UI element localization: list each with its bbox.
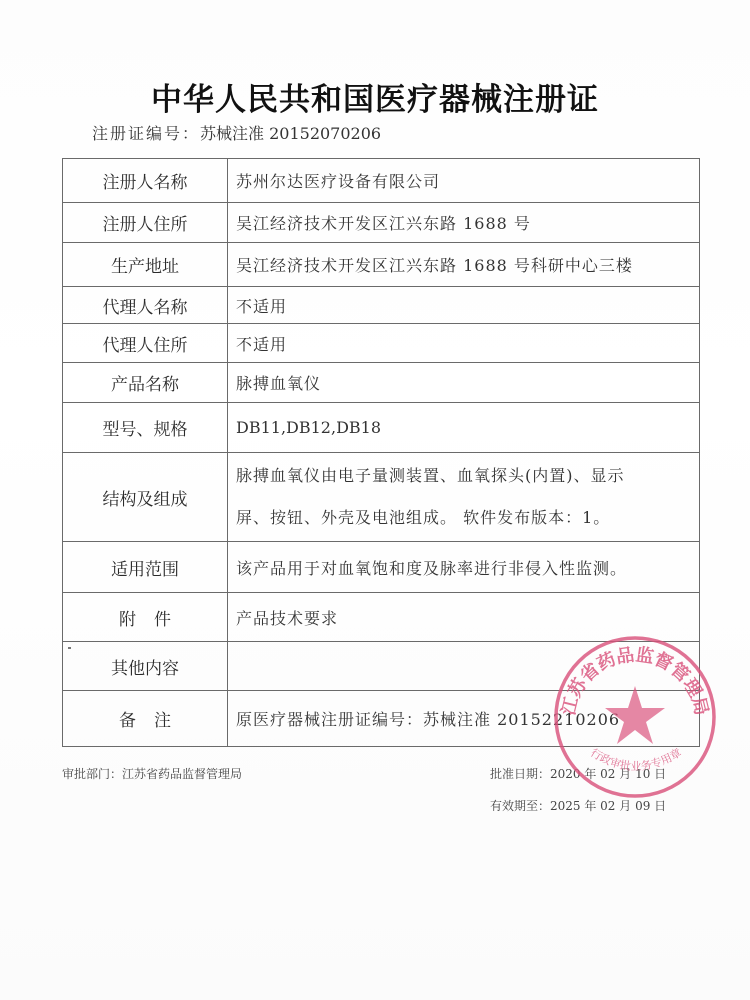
table-row: 注册人名称 苏州尔达医疗设备有限公司 <box>63 159 700 203</box>
row-value: 原医疗器械注册证编号：苏械注准 20152210206 <box>228 691 700 747</box>
row-label: 注册人住所 <box>63 203 228 243</box>
row-label: 产品名称 <box>63 363 228 403</box>
row-value: 产品技术要求 <box>228 593 700 642</box>
valid-until: 有效期至：2025 年 02 月 09 日 <box>490 797 666 814</box>
row-label-text: 附件 <box>101 610 189 630</box>
table-row: 型号、规格 DB11,DB12,DB18 <box>63 403 700 453</box>
table-row: 代理人住所 不适用 <box>63 324 700 363</box>
registration-number-value: 苏械注准 20152070206 <box>200 124 381 143</box>
row-value: 脉搏血氧仪 <box>228 363 700 403</box>
row-value: DB11,DB12,DB18 <box>228 403 700 453</box>
row-label: 附件 <box>63 593 228 642</box>
row-value: 苏州尔达医疗设备有限公司 <box>228 159 700 203</box>
row-label: 生产地址 <box>63 243 228 287</box>
row-label: 适用范围 <box>63 542 228 593</box>
row-value-line-1: 脉搏血氧仪由电子量测装置、血氧探头(内置)、显示 <box>236 455 699 497</box>
document-title: 中华人民共和国医疗器械注册证 <box>0 74 750 119</box>
row-label: 代理人名称 <box>63 287 228 324</box>
row-label: 注册人名称 <box>63 159 228 203</box>
approval-department: 审批部门：江苏省药品监督管理局 <box>62 765 242 782</box>
table-row: 产品名称 脉搏血氧仪 <box>63 363 700 403</box>
row-label: 其他内容 <box>63 642 228 691</box>
table-row: 生产地址 吴江经济技术开发区江兴东路 1688 号科研中心三楼 <box>63 243 700 287</box>
table-row: 注册人住所 吴江经济技术开发区江兴东路 1688 号 <box>63 203 700 243</box>
table-row: 附件 产品技术要求 <box>63 593 700 642</box>
registration-number: 注册证编号：苏械注准 20152070206 <box>92 121 381 144</box>
row-label: 结构及组成 <box>63 453 228 542</box>
row-value: 脉搏血氧仪由电子量测装置、血氧探头(内置)、显示 屏、按钮、外壳及电池组成。 软… <box>228 453 700 542</box>
row-value: 吴江经济技术开发区江兴东路 1688 号 <box>228 203 700 243</box>
row-label: 型号、规格 <box>63 403 228 453</box>
row-label-text: 备注 <box>101 711 189 731</box>
row-value-line-2: 屏、按钮、外壳及电池组成。 软件发布版本：1。 <box>236 497 699 539</box>
row-label: 代理人住所 <box>63 324 228 363</box>
table-row: 其他内容 <box>63 642 700 691</box>
certificate-page: 中华人民共和国医疗器械注册证 注册证编号：苏械注准 20152070206 注册… <box>0 0 750 1000</box>
table-row: 适用范围 该产品用于对血氧饱和度及脉率进行非侵入性监测。 <box>63 542 700 593</box>
row-value: 吴江经济技术开发区江兴东路 1688 号科研中心三楼 <box>228 243 700 287</box>
certificate-table: 注册人名称 苏州尔达医疗设备有限公司 注册人住所 吴江经济技术开发区江兴东路 1… <box>62 158 700 747</box>
row-value <box>228 642 700 691</box>
row-value: 不适用 <box>228 287 700 324</box>
registration-number-label: 注册证编号： <box>92 124 200 143</box>
scan-speck <box>68 647 71 649</box>
table-row: 结构及组成 脉搏血氧仪由电子量测装置、血氧探头(内置)、显示 屏、按钮、外壳及电… <box>63 453 700 542</box>
table-row: 代理人名称 不适用 <box>63 287 700 324</box>
row-label: 备注 <box>63 691 228 747</box>
row-value: 不适用 <box>228 324 700 363</box>
table-row: 备注 原医疗器械注册证编号：苏械注准 20152210206 <box>63 691 700 747</box>
approval-date: 批准日期：2020 年 02 月 10 日 <box>490 765 666 782</box>
row-value: 该产品用于对血氧饱和度及脉率进行非侵入性监测。 <box>228 542 700 593</box>
